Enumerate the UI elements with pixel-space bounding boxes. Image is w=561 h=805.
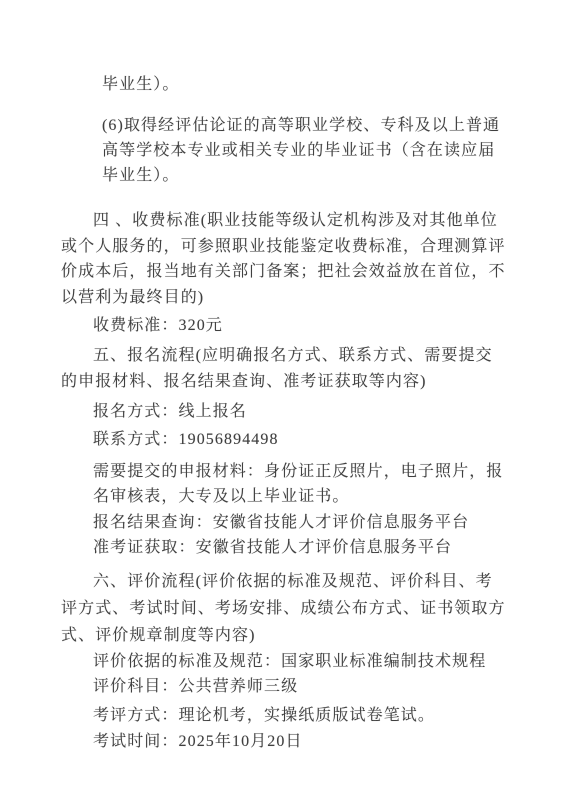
doc-line: 价成本后，报当地有关部门备案；把社会效益放在首位，不 (61, 259, 513, 284)
doc-line-section-5-heading: 五、报名流程(应明确报名方式、联系方式、需要提交 (93, 343, 513, 368)
doc-line: 评方式、考试时间、考场安排、成绩公布方式、证书领取方 (61, 596, 513, 621)
doc-line-item-6: (6)取得经评估论证的高等职业学校、专科及以上普通 (102, 113, 513, 138)
doc-line-exam-method: 考评方式：理论机考，实操纸质版试卷笔试。 (93, 703, 513, 728)
doc-line: 的申报材料、报名结果查询、准考证获取等内容) (61, 369, 513, 394)
doc-line: 高等学校本专业或相关专业的毕业证书（含在读应届 (102, 138, 513, 163)
doc-line-contact-phone: 联系方式：19056894498 (93, 427, 513, 452)
doc-line-fee-standard: 收费标准：320元 (93, 313, 513, 338)
doc-line-registration-method: 报名方式：线上报名 (93, 399, 513, 424)
doc-line-section-4-heading: 四 、收费标准(职业技能等级认定机构涉及对其他单位 (93, 208, 513, 233)
doc-line-result-query: 报名结果查询：安徽省技能人才评价信息服务平台 (93, 510, 513, 535)
document-body: 毕业生）。 (6)取得经评估论证的高等职业学校、专科及以上普通 高等学校本专业或… (0, 0, 561, 754)
doc-line-materials: 需要提交的申报材料：身份证正反照片，电子照片，报 (93, 459, 513, 484)
doc-line: 名审核表，大专及以上毕业证书。 (93, 484, 513, 509)
doc-line-section-6-heading: 六、评价流程(评价依据的标准及规范、评价科目、考 (93, 569, 513, 594)
doc-line-standards: 评价依据的标准及规范：国家职业标准编制技术规程 (93, 649, 513, 674)
doc-line: 以营利为最终目的) (61, 285, 513, 310)
doc-line-admission-ticket: 准考证获取：安徽省技能人才评价信息服务平台 (93, 535, 513, 560)
doc-line: 毕业生）。 (102, 72, 513, 97)
doc-line: 或个人服务的，可参照职业技能鉴定收费标准，合理测算评 (61, 234, 513, 259)
doc-line: 式、评价规章制度等内容) (61, 623, 513, 648)
doc-line-exam-date: 考试时间：2025年10月20日 (93, 729, 513, 754)
document-page: 毕业生）。 (6)取得经评估论证的高等职业学校、专科及以上普通 高等学校本专业或… (0, 0, 561, 805)
doc-line-subject: 评价科目：公共营养师三级 (93, 674, 513, 699)
doc-line: 毕业生）。 (102, 163, 513, 188)
